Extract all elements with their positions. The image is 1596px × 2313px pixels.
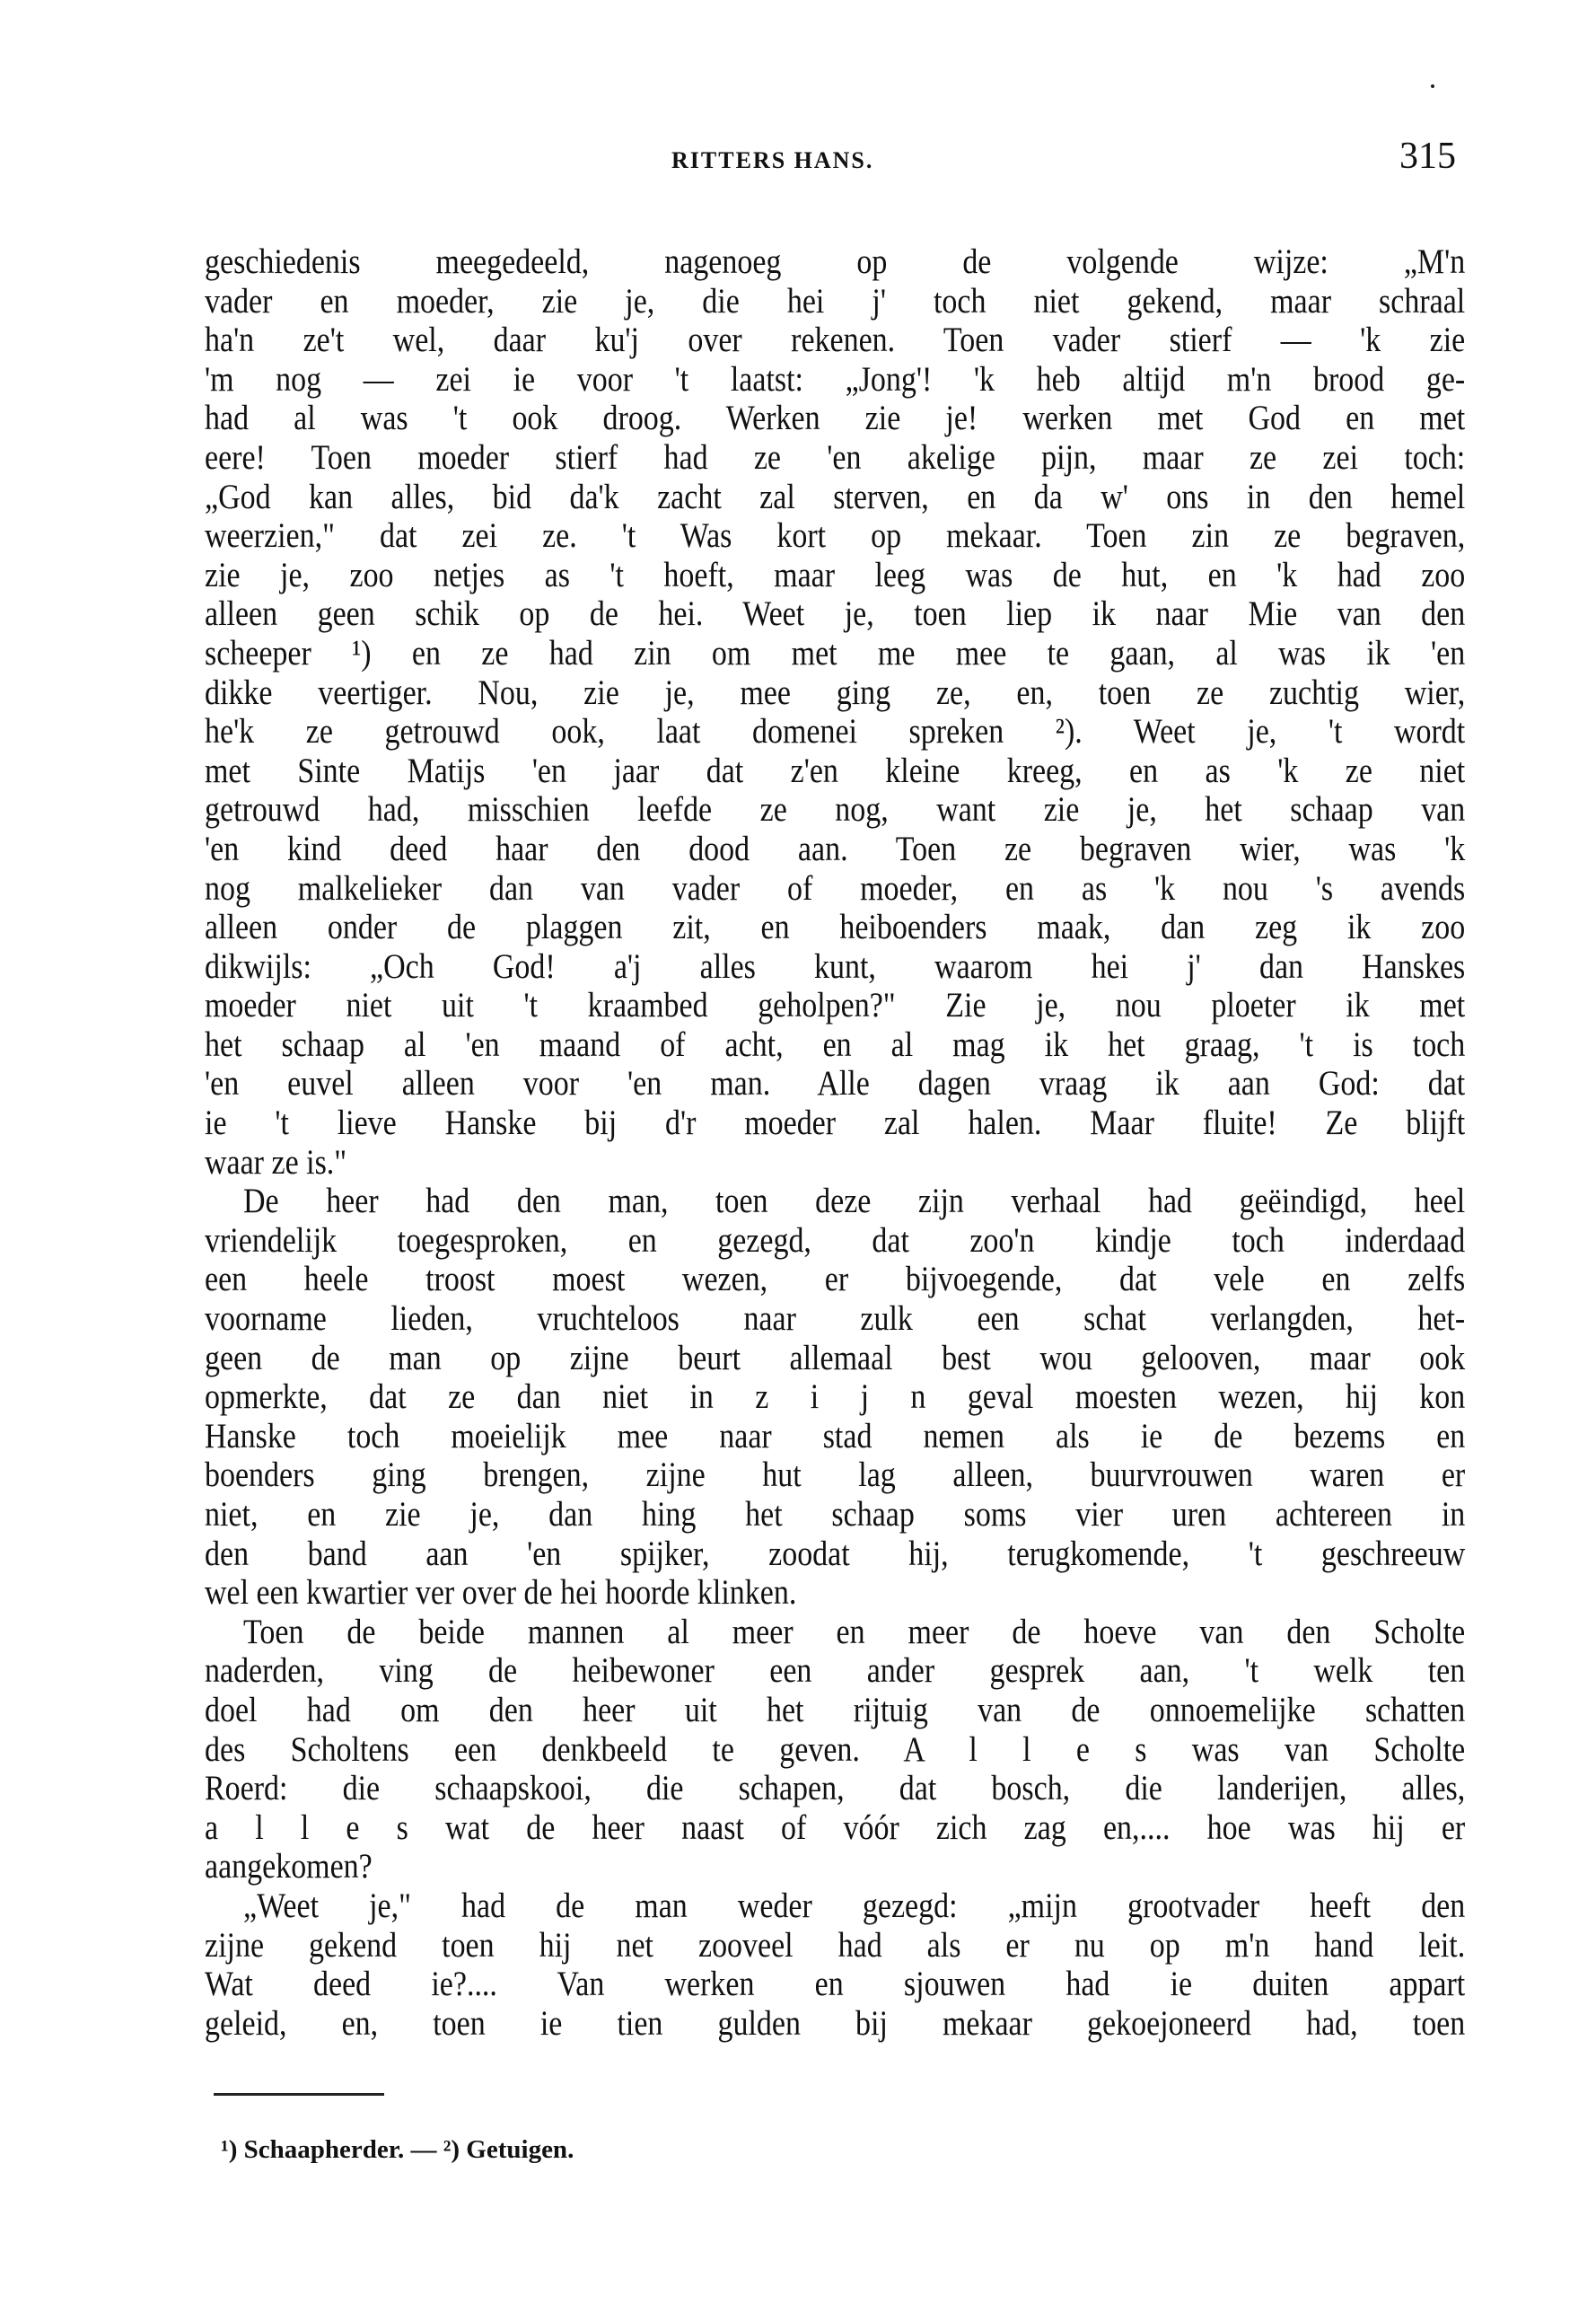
footnotes: ¹) Schaapherder. — ²) Getuigen. — [221, 2135, 574, 2165]
text-line: Hanske toch moeielijk mee naar stad neme… — [205, 1417, 1465, 1456]
text-line-paragraph-end: aangekomen? — [205, 1847, 1465, 1886]
text-line: opmerkte, dat ze dan niet in z i j n gev… — [205, 1377, 1465, 1417]
text-line: alleen geen schik op de hei. Weet je, to… — [205, 594, 1465, 634]
text-line-paragraph-start: De heer had den man, toen deze zijn verh… — [205, 1182, 1465, 1221]
text-line: boenders ging brengen, zijne hut lag all… — [205, 1456, 1465, 1495]
body-text: geschiedenis meegedeeld, nagenoeg op de … — [205, 242, 1465, 2043]
text-line: naderden, ving de heibewoner een ander g… — [205, 1651, 1465, 1691]
running-title: RITTERS HANS. — [671, 147, 873, 174]
text-line: met Sinte Matijs 'en jaar dat z'en klein… — [205, 752, 1465, 791]
text-line: ha'n ze't wel, daar ku'j over rekenen. T… — [205, 321, 1465, 360]
text-line: doel had om den heer uit het rijtuig van… — [205, 1691, 1465, 1730]
text-line: ie 't lieve Hanske bij d'r moeder zal ha… — [205, 1104, 1465, 1143]
text-line: zijne gekend toen hij net zooveel had al… — [205, 1926, 1465, 1966]
text-line: den band aan 'en spijker, zoodat hij, te… — [205, 1535, 1465, 1574]
text-line: 'en kind deed haar den dood aan. Toen ze… — [205, 830, 1465, 869]
text-line: weerzien," dat zei ze. 't Was kort op me… — [205, 516, 1465, 556]
text-line: een heele troost moest wezen, er bijvoeg… — [205, 1260, 1465, 1299]
text-line: Wat deed ie?.... Van werken en sjouwen h… — [205, 1965, 1465, 2004]
text-line: dikke veertiger. Nou, zie je, mee ging z… — [205, 673, 1465, 713]
text-line: moeder niet uit 't kraambed geholpen?" Z… — [205, 986, 1465, 1025]
text-line: het schaap al 'en maand of acht, en al m… — [205, 1025, 1465, 1065]
text-line: voorname lieden, vruchteloos naar zulk e… — [205, 1299, 1465, 1339]
text-line: vriendelijk toegesproken, en gezegd, dat… — [205, 1221, 1465, 1261]
text-line-paragraph-end: waar ze is." — [205, 1143, 1465, 1183]
text-line: niet, en zie je, dan hing het schaap som… — [205, 1495, 1465, 1535]
text-line: vader en moeder, zie je, die hei j' toch… — [205, 282, 1465, 321]
text-line: Roerd: die schaapskooi, die schapen, dat… — [205, 1769, 1465, 1808]
text-line-paragraph-end: wel een kwartier ver over de hei hoorde … — [205, 1573, 1465, 1613]
text-line: geen de man op zijne beurt allemaal best… — [205, 1339, 1465, 1378]
text-line: geschiedenis meegedeeld, nagenoeg op de … — [205, 242, 1465, 282]
scan-speck — [1431, 84, 1434, 88]
text-line: des Scholtens een denkbeeld te geven. A … — [205, 1730, 1465, 1770]
text-line: geleid, en, toen ie tien gulden bij meka… — [205, 2004, 1465, 2044]
text-line: getrouwd had, misschien leefde ze nog, w… — [205, 790, 1465, 830]
text-line: nog malkelieker dan van vader of moeder,… — [205, 869, 1465, 909]
text-line: zie je, zoo netjes as 't hoeft, maar lee… — [205, 556, 1465, 595]
text-line: alleen onder de plaggen zit, en heiboend… — [205, 908, 1465, 947]
page-number: 315 — [1399, 135, 1456, 178]
text-line: „God kan alles, bid da'k zacht zal sterv… — [205, 478, 1465, 517]
text-line-paragraph-start: „Weet je," had de man weder gezegd: „mij… — [205, 1886, 1465, 1926]
text-line: he'k ze getrouwd ook, laat domenei sprek… — [205, 712, 1465, 752]
text-line: 'en euvel alleen voor 'en man. Alle dage… — [205, 1064, 1465, 1104]
text-line: dikwijls: „Och God! a'j alles kunt, waar… — [205, 947, 1465, 987]
footnote-divider — [214, 2093, 384, 2096]
text-line: eere! Toen moeder stierf had ze 'en akel… — [205, 438, 1465, 478]
text-line: had al was 't ook droog. Werken zie je! … — [205, 399, 1465, 438]
text-line-paragraph-start: Toen de beide mannen al meer en meer de … — [205, 1613, 1465, 1652]
text-line: scheeper ¹) en ze had zin om met me mee … — [205, 634, 1465, 673]
text-line: a l l e s wat de heer naast of vóór zich… — [205, 1808, 1465, 1848]
text-line: 'm nog — zei ie voor 't laatst: „Jong'! … — [205, 360, 1465, 400]
running-header: RITTERS HANS. 315 — [0, 135, 1596, 180]
